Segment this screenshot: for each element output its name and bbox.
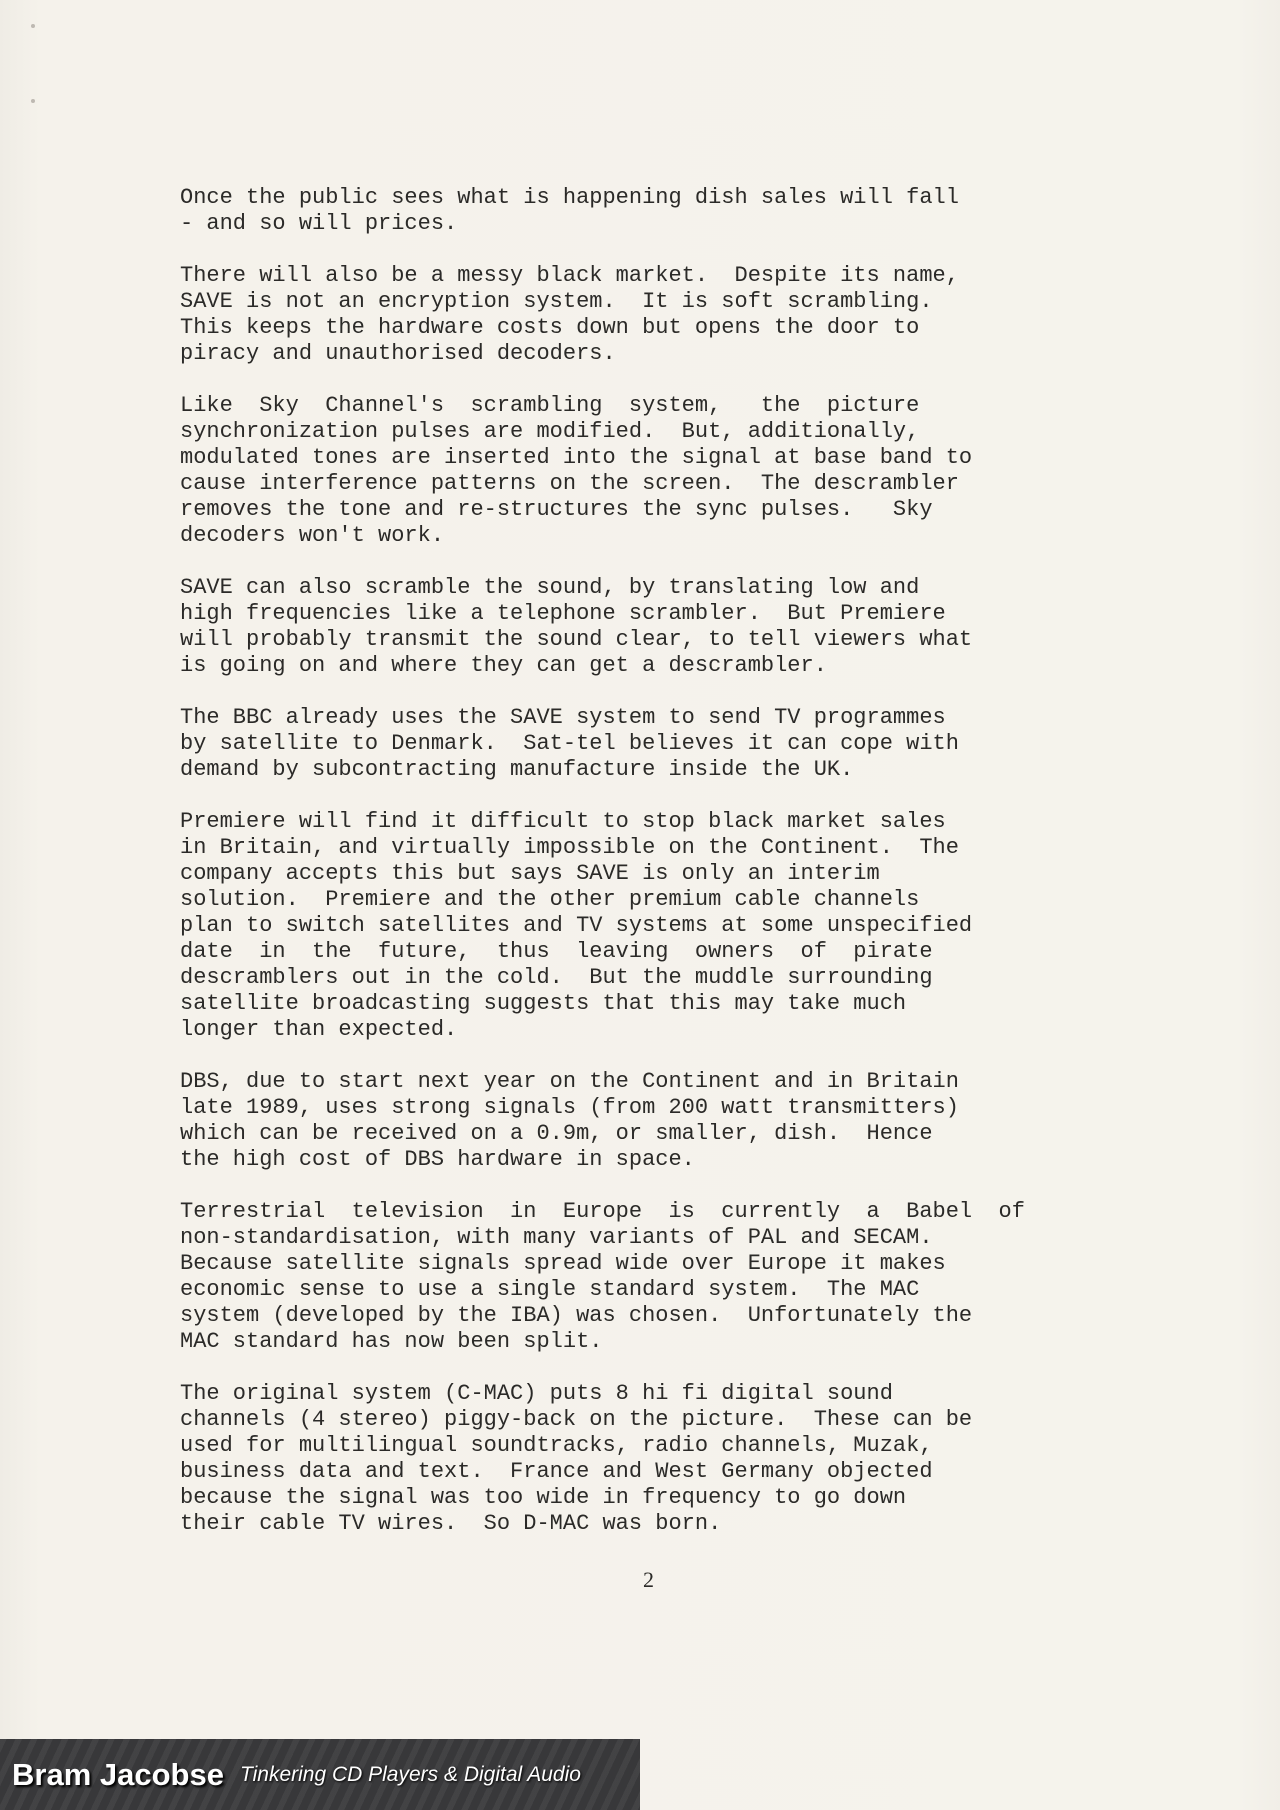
banner-author-name: Bram Jacobse	[12, 1757, 224, 1793]
banner-tagline: Tinkering CD Players & Digital Audio	[240, 1763, 581, 1787]
watermark-banner: Bram Jacobse Tinkering CD Players & Digi…	[0, 1739, 640, 1810]
document-body: Once the public sees what is happening d…	[180, 185, 1120, 1563]
paragraph: There will also be a messy black market.…	[180, 263, 1120, 367]
punch-mark	[31, 99, 35, 103]
paragraph: Like Sky Channel's scrambling system, th…	[180, 393, 1120, 549]
paragraph: SAVE can also scramble the sound, by tra…	[180, 575, 1120, 679]
paragraph: The original system (C-MAC) puts 8 hi fi…	[180, 1381, 1120, 1537]
punch-mark	[31, 24, 35, 28]
paragraph: The BBC already uses the SAVE system to …	[180, 705, 1120, 783]
paragraph: Once the public sees what is happening d…	[180, 185, 1120, 237]
page-number: 2	[643, 1567, 654, 1593]
paragraph: Premiere will find it difficult to stop …	[180, 809, 1120, 1043]
paragraph: Terrestrial television in Europe is curr…	[180, 1199, 1120, 1355]
paragraph: DBS, due to start next year on the Conti…	[180, 1069, 1120, 1173]
